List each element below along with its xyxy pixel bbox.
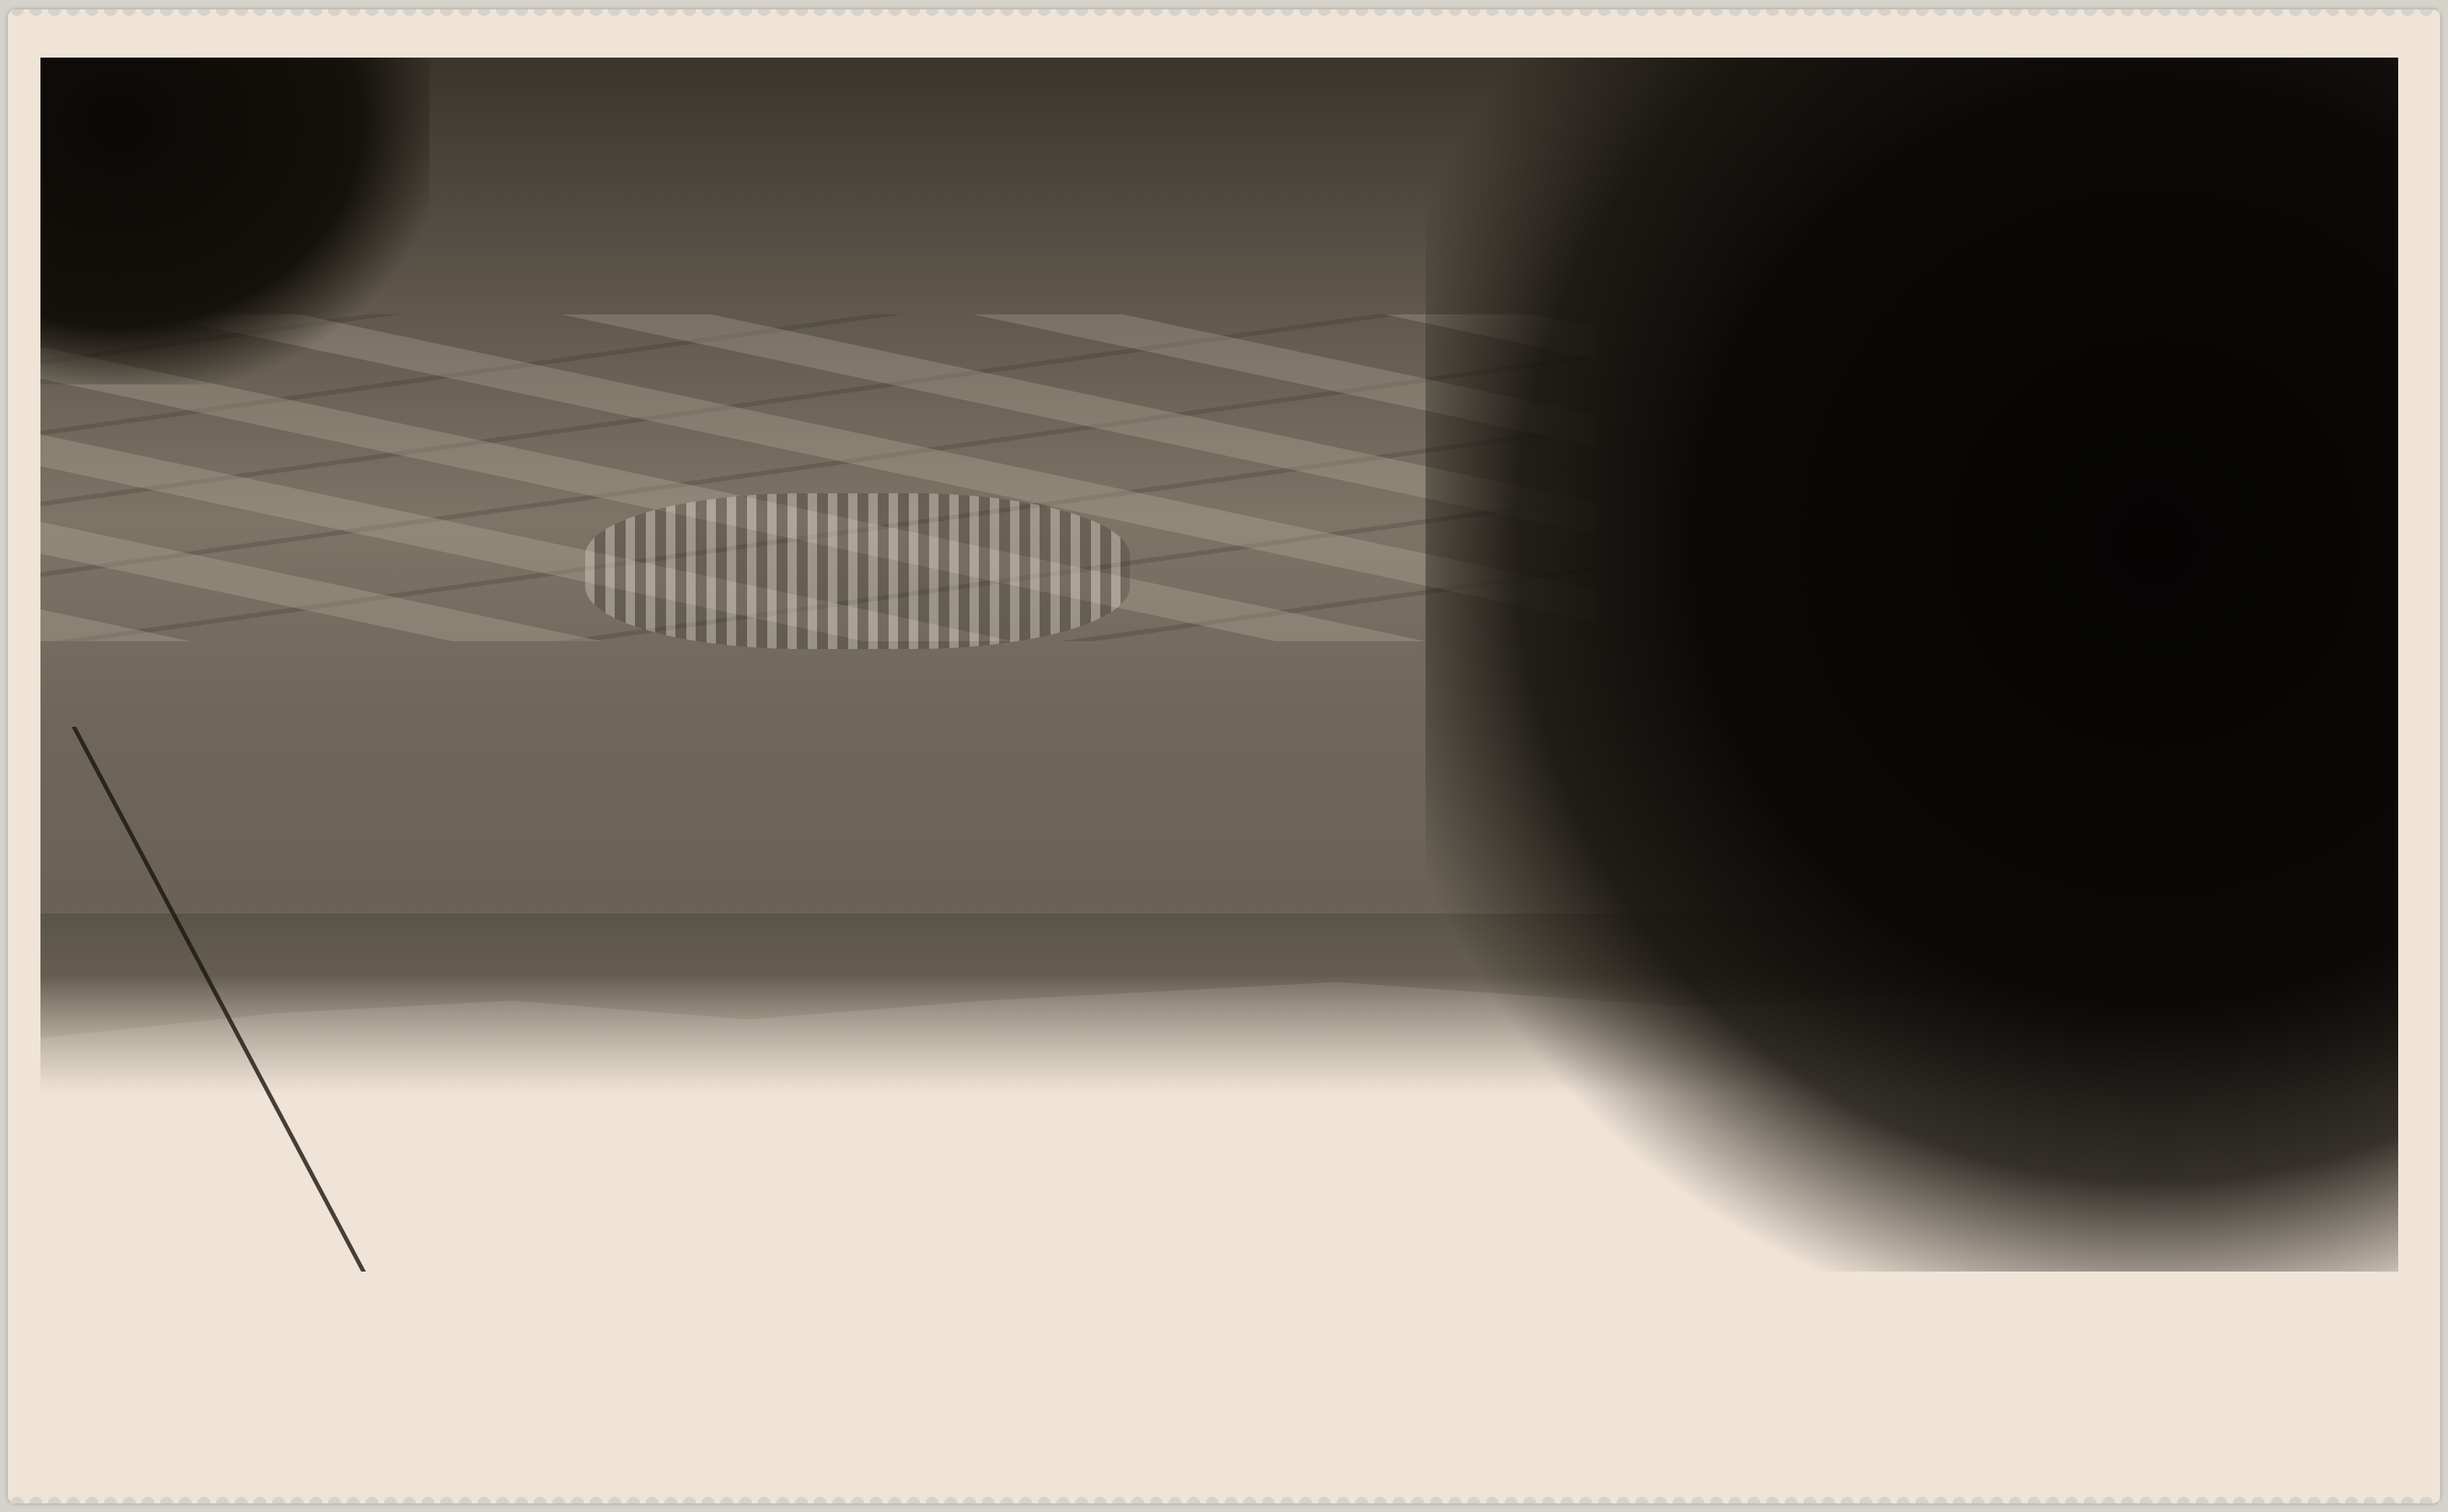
photo-print-card (8, 9, 2440, 1503)
village (585, 493, 1130, 649)
tree-foliage-left (40, 58, 430, 384)
deckle-edge-top (8, 9, 2440, 20)
photograph (40, 58, 2398, 1272)
deckle-edge-bottom (8, 1493, 2440, 1503)
tree-foliage-right (1426, 58, 2398, 1272)
